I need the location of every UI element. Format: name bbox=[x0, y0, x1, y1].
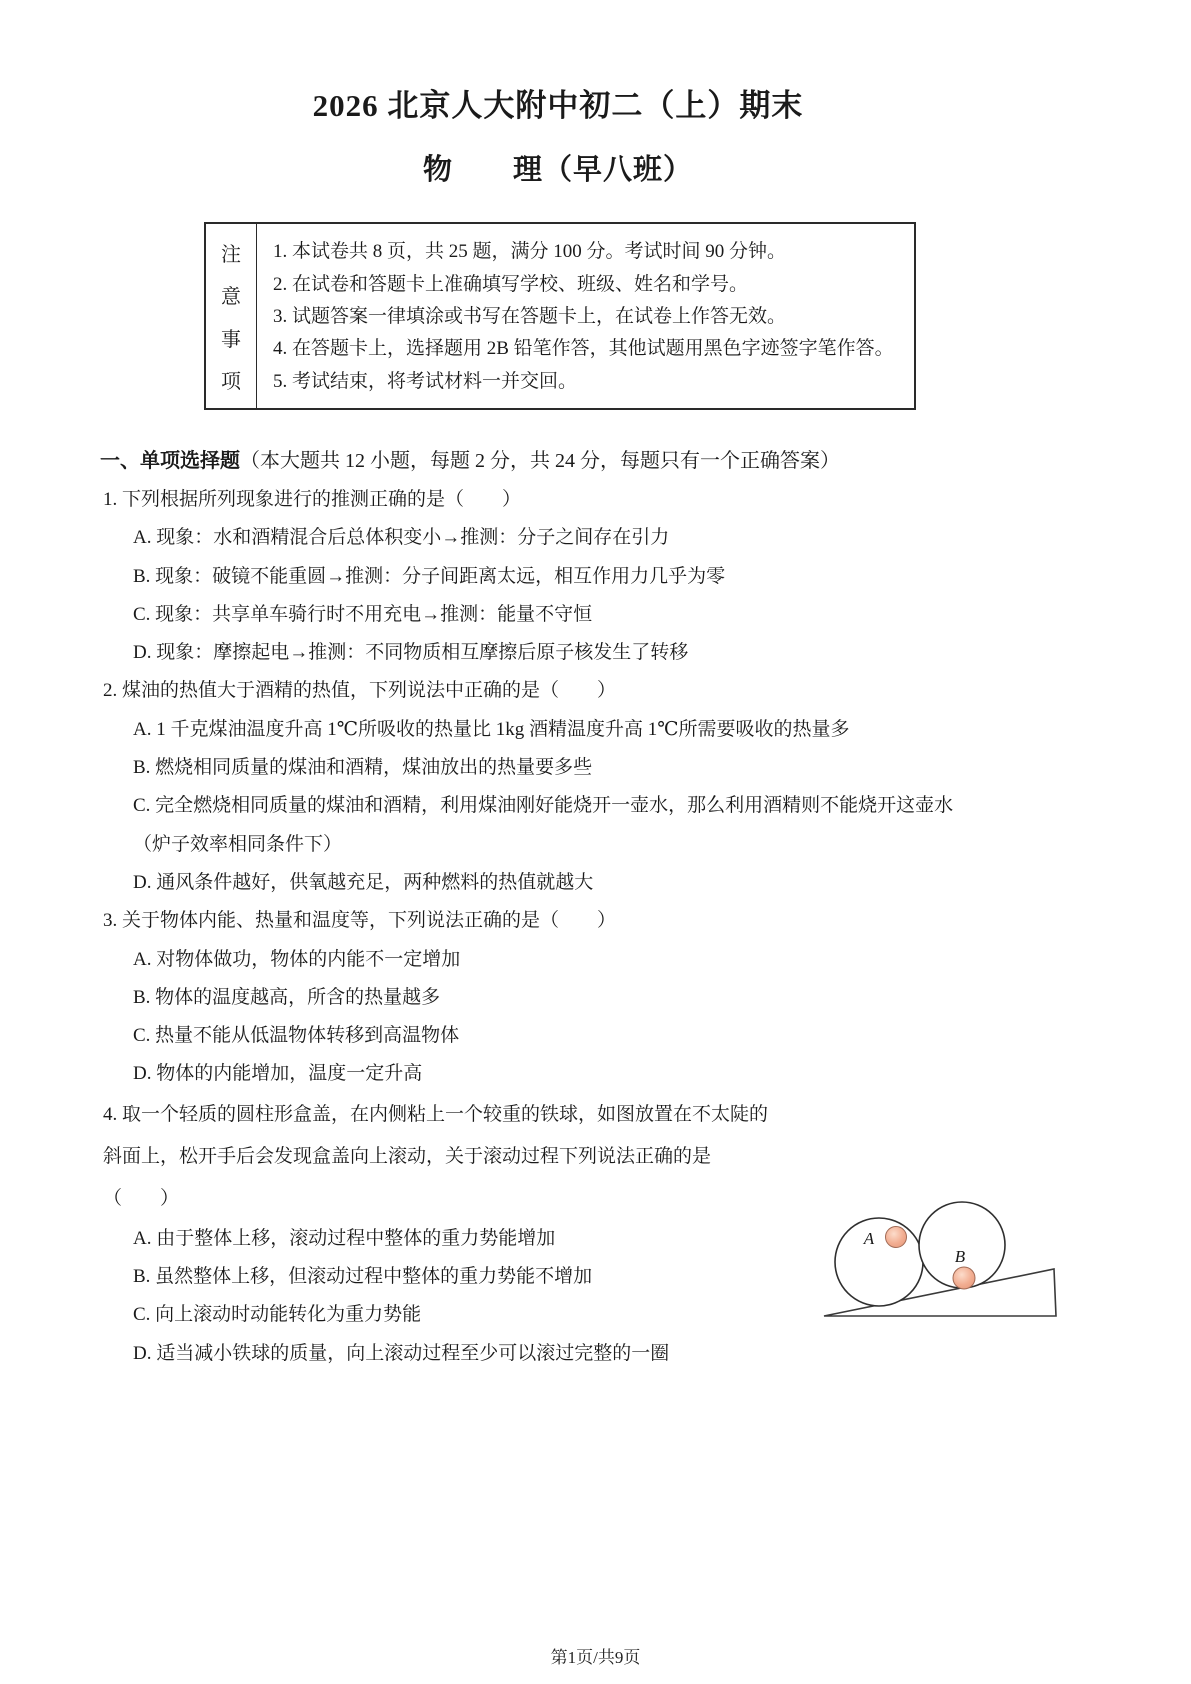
notice-label-char: 意 bbox=[221, 280, 241, 309]
q4-figure: A B bbox=[757, 1185, 1097, 1340]
question-option: C. 热量不能从低温物体转移到高温物体 bbox=[133, 1017, 1093, 1055]
question-option: A. 现象：水和酒精混合后总体积变小→推测：分子之间存在引力 bbox=[133, 519, 1093, 557]
notice-label: 注 意 事 项 bbox=[206, 224, 257, 408]
ball-label-b: B bbox=[955, 1247, 966, 1266]
question-option: D. 适当减小铁球的质量，向上滚动过程至少可以滚过完整的一圈 bbox=[133, 1335, 1093, 1373]
question-option-wrap-line: （炉子效率相同条件下） bbox=[133, 826, 1093, 864]
notice-label-char: 项 bbox=[221, 365, 241, 394]
question-option: D. 通风条件越好，供氧越充足，两种燃料的热值就越大 bbox=[133, 864, 1093, 902]
iron-ball-b bbox=[953, 1267, 975, 1289]
question-option: A. 对物体做功，物体的内能不一定增加 bbox=[133, 941, 1093, 979]
section-heading-note: （本大题共 12 小题，每题 2 分，共 24 分，每题只有一个正确答案） bbox=[240, 450, 840, 472]
iron-ball-a bbox=[886, 1227, 907, 1248]
question-stem: 4. 取一个轻质的圆柱形盒盖，在内侧粘上一个较重的铁球，如图放置在不太陡的斜面上… bbox=[103, 1094, 771, 1220]
section-heading-title: 一、单项选择题 bbox=[100, 450, 240, 472]
question-option: D. 现象：摩擦起电→推测：不同物质相互摩擦后原子核发生了转移 bbox=[133, 634, 1093, 672]
notice-item: 2. 在试卷和答题卡上准确填写学校、班级、姓名和学号。 bbox=[273, 273, 900, 297]
notice-label-char: 注 bbox=[221, 238, 241, 267]
ball-label-a: A bbox=[863, 1229, 875, 1248]
question-stem: 2. 煤油的热值大于酒精的热值，下列说法中正确的是（ ） bbox=[103, 672, 1093, 710]
question-stem: 3. 关于物体内能、热量和温度等，下列说法正确的是（ ） bbox=[103, 902, 1093, 940]
question-3: 3. 关于物体内能、热量和温度等，下列说法正确的是（ ） A. 对物体做功，物体… bbox=[103, 902, 1093, 1093]
page-number: 第1页/共9页 bbox=[0, 1643, 1191, 1668]
exam-subtitle: 物 理（早八班） bbox=[0, 150, 1116, 190]
section-heading: 一、单项选择题（本大题共 12 小题，每题 2 分，共 24 分，每题只有一个正… bbox=[100, 446, 1090, 476]
question-stem: 1. 下列根据所列现象进行的推测正确的是（ ） bbox=[103, 481, 1093, 519]
notice-item: 1. 本试卷共 8 页，共 25 题，满分 100 分。考试时间 90 分钟。 bbox=[273, 240, 900, 264]
question-option: C. 现象：共享单车骑行时不用充电→推测：能量不守恒 bbox=[133, 596, 1093, 634]
question-option: B. 现象：破镜不能重圆→推测：分子间距离太远，相互作用力几乎为零 bbox=[133, 558, 1093, 596]
notice-box: 注 意 事 项 1. 本试卷共 8 页，共 25 题，满分 100 分。考试时间… bbox=[204, 222, 916, 410]
question-option: D. 物体的内能增加，温度一定升高 bbox=[133, 1055, 1093, 1093]
question-option: B. 物体的温度越高，所含的热量越多 bbox=[133, 979, 1093, 1017]
question-option: B. 燃烧相同质量的煤油和酒精，煤油放出的热量要多些 bbox=[133, 749, 1093, 787]
exam-title: 2026 北京人大附中初二（上）期末 bbox=[0, 86, 1116, 126]
notice-item: 3. 试题答案一律填涂或书写在答题卡上，在试卷上作答无效。 bbox=[273, 305, 900, 329]
question-1: 1. 下列根据所列现象进行的推测正确的是（ ） A. 现象：水和酒精混合后总体积… bbox=[103, 481, 1093, 672]
notice-label-char: 事 bbox=[221, 323, 241, 352]
question-list: 1. 下列根据所列现象进行的推测正确的是（ ） A. 现象：水和酒精混合后总体积… bbox=[103, 481, 1093, 1373]
question-2: 2. 煤油的热值大于酒精的热值，下列说法中正确的是（ ） A. 1 千克煤油温度… bbox=[103, 672, 1093, 902]
box-lid-circle-left bbox=[835, 1218, 923, 1306]
exam-page: 2026 北京人大附中初二（上）期末 物 理（早八班） 注 意 事 项 1. 本… bbox=[0, 0, 1191, 1684]
question-option: A. 1 千克煤油温度升高 1℃所吸收的热量比 1kg 酒精温度升高 1℃所需要… bbox=[133, 711, 1093, 749]
notice-items: 1. 本试卷共 8 页，共 25 题，满分 100 分。考试时间 90 分钟。 … bbox=[257, 224, 914, 408]
notice-item: 5. 考试结束，将考试材料一并交回。 bbox=[273, 370, 900, 394]
question-option: C. 完全燃烧相同质量的煤油和酒精，利用煤油刚好能烧开一壶水，那么利用酒精则不能… bbox=[133, 787, 1093, 825]
notice-item: 4. 在答题卡上，选择题用 2B 铅笔作答，其他试题用黑色字迹签字笔作答。 bbox=[273, 337, 900, 361]
